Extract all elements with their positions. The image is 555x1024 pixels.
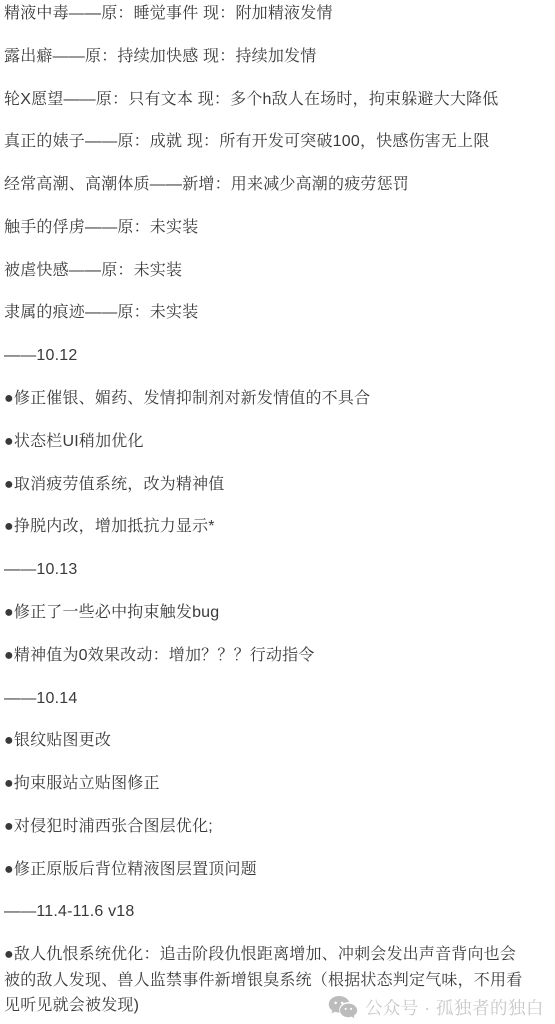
article-page: 精液中毒——原：睡觉事件 现：附加精液发情露出癖——原：持续加快感 现：持续加发… [0,0,555,1024]
changelog-paragraph: ●精神值为0效果改动：增加？？？行动指令 [4,643,531,669]
changelog-paragraph: ——11.4-11.6 v18 [4,899,531,925]
changelog-paragraph: ●银纹贴图更改 [4,728,531,754]
changelog-paragraph: ●修正催银、媚药、发情抑制剂对新发情值的不具合 [4,386,531,412]
changelog-paragraph: 触手的俘虏——原：未实装 [4,215,531,241]
changelog-paragraph: 轮X愿望——原：只有文本 现：多个h敌人在场时，拘束躲避大大降低 [4,87,531,113]
changelog-paragraph: 经常高潮、高潮体质——新增：用来减少高潮的疲劳惩罚 [4,172,531,198]
changelog-paragraph: ●敌人仇恨系统优化：追击阶段仇恨距离增加、冲刺会发出声音背向也会被的敌人发现、兽… [4,942,531,1019]
changelog-paragraph: ●取消疲劳值系统，改为精神值 [4,472,531,498]
changelog-paragraph: 精液中毒——原：睡觉事件 现：附加精液发情 [4,1,531,27]
changelog-paragraph: ——10.12 [4,343,531,369]
changelog-paragraph: 隶属的痕迹——原：未实装 [4,300,531,326]
changelog-paragraph: ●修正原版后背位精液图层置顶问题 [4,857,531,883]
changelog-paragraph: ●拘束服站立贴图修正 [4,771,531,797]
changelog-paragraph: ●对侵犯时浦西张合图层优化; [4,814,531,840]
changelog-paragraph: 真正的婊子——原：成就 现：所有开发可突破100，快感伤害无上限 [4,129,531,155]
changelog-paragraph: 被虐快感——原：未实装 [4,258,531,284]
changelog-paragraph: ——10.14 [4,686,531,712]
changelog-paragraph: ●挣脱内改，增加抵抗力显示* [4,514,531,540]
changelog-paragraph: 露出癖——原：持续加快感 现：持续加发情 [4,44,531,70]
changelog-paragraph: ——10.13 [4,557,531,583]
changelog-list: 精液中毒——原：睡觉事件 现：附加精液发情露出癖——原：持续加快感 现：持续加发… [0,0,555,1019]
changelog-paragraph: ●状态栏UI稍加优化 [4,429,531,455]
changelog-paragraph: ●修正了一些必中拘束触发bug [4,600,531,626]
